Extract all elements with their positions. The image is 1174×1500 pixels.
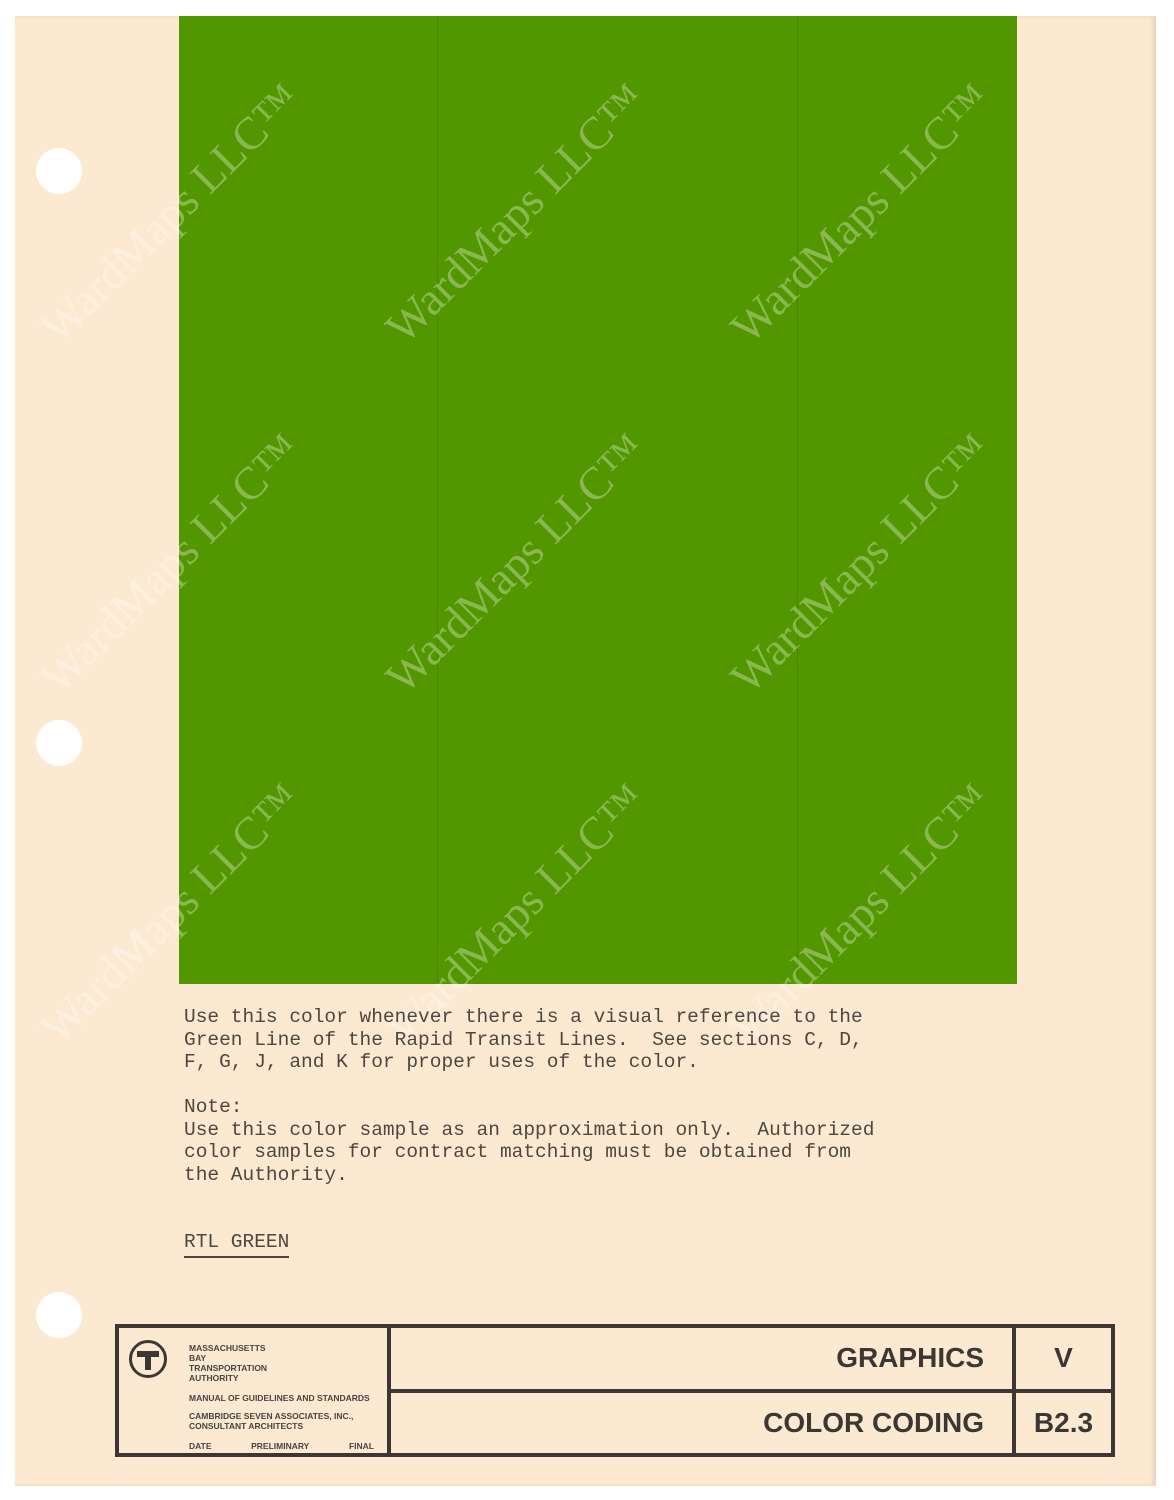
title-block: MASSACHUSETTS BAY TRANSPORTATION AUTHORI… <box>115 1324 1115 1457</box>
subsection-number: B2.3 <box>1016 1393 1111 1454</box>
note-label: Note: <box>184 1096 1004 1119</box>
color-name-label: RTL GREEN <box>184 1231 289 1258</box>
usage-paragraph: Use this color whenever there is a visua… <box>184 1006 1004 1074</box>
color-swatch <box>179 16 1017 984</box>
status-row: DATE PRELIMINARY FINAL <box>189 1441 374 1451</box>
punch-hole <box>36 148 82 194</box>
final-label: FINAL <box>349 1441 374 1451</box>
swatch-seam <box>437 16 438 984</box>
section-number: V <box>1016 1328 1111 1393</box>
consultant: CAMBRIDGE SEVEN ASSOCIATES, INC., CONSUL… <box>189 1411 353 1431</box>
punch-hole <box>36 1292 82 1338</box>
title-block-info: MASSACHUSETTS BAY TRANSPORTATION AUTHORI… <box>119 1328 391 1453</box>
swatch-seam <box>797 16 798 984</box>
section-title: GRAPHICS <box>391 1328 1012 1393</box>
subsection-title: COLOR CODING <box>391 1393 1012 1454</box>
mbta-t-logo-icon <box>129 1340 167 1378</box>
punch-hole <box>36 720 82 766</box>
document-page: WardMaps LLC™ WardMaps LLC™ WardMaps LLC… <box>15 16 1156 1486</box>
date-label: DATE <box>189 1441 212 1451</box>
description-block: Use this color whenever there is a visua… <box>184 1006 1004 1258</box>
note-text: Use this color sample as an approximatio… <box>184 1119 1004 1187</box>
manual-title: MANUAL OF GUIDELINES AND STANDARDS <box>189 1393 370 1403</box>
preliminary-label: PRELIMINARY <box>251 1441 309 1451</box>
authority-name: MASSACHUSETTS BAY TRANSPORTATION AUTHORI… <box>189 1343 267 1383</box>
